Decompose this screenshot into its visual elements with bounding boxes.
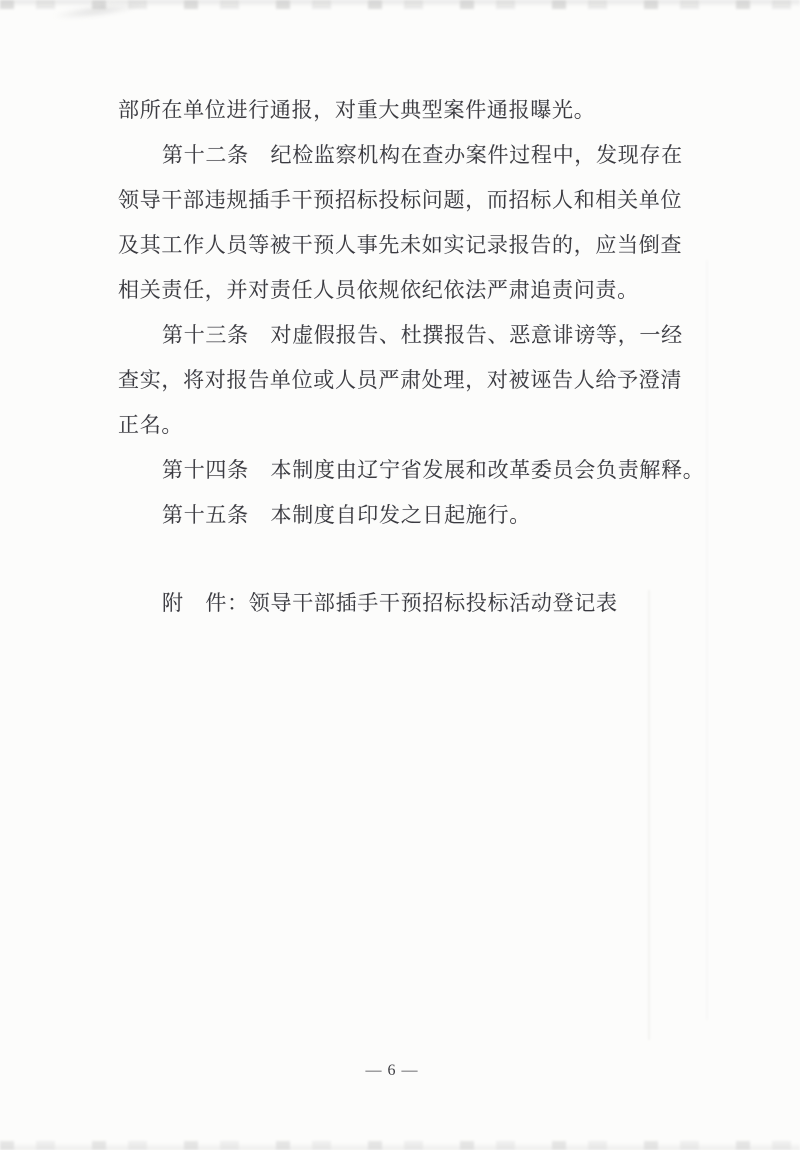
- line-article-13-start: 第十三条 对虚假报告、杜撰报告、恶意诽谤等，一经: [118, 313, 684, 358]
- line-article-13-cont-1: 查实，将对报告单位或人员严肃处理，对被诬告人给予澄清: [118, 358, 684, 403]
- line-article-12-cont-1: 领导干部违规插手干预招标投标问题，而招标人和相关单位: [118, 178, 684, 223]
- document-text-block: 部所在单位进行通报，对重大典型案件通报曝光。 第十二条 纪检监察机构在查办案件过…: [118, 88, 684, 626]
- page-number: — 6 —: [0, 1060, 784, 1082]
- line-article-14: 第十四条 本制度由辽宁省发展和改革委员会负责解释。: [118, 448, 684, 493]
- line-article-12-cont-3: 相关责任，并对责任人员依规依纪依法严肃追责问责。: [118, 268, 684, 313]
- scanned-document-page: { "page": { "background": "#fcfcfb", "in…: [0, 0, 800, 1150]
- line-body-continuation: 部所在单位进行通报，对重大典型案件通报曝光。: [118, 88, 684, 133]
- line-article-12-start: 第十二条 纪检监察机构在查办案件过程中，发现存在: [118, 133, 684, 178]
- scan-smudge: [52, 0, 143, 22]
- line-attachment-note: 附 件：领导干部插手干预招标投标活动登记表: [118, 581, 684, 626]
- line-article-12-cont-2: 及其工作人员等被干预人事先未如实记录报告的，应当倒查: [118, 223, 684, 268]
- line-article-15: 第十五条 本制度自印发之日起施行。: [118, 493, 684, 538]
- scanner-edge-artifact-top: [0, 0, 800, 9]
- scanner-edge-artifact-bottom: [0, 1141, 800, 1150]
- scan-streak: [648, 590, 650, 1040]
- scan-streak: [706, 260, 708, 1020]
- line-article-13-cont-2: 正名。: [118, 403, 684, 448]
